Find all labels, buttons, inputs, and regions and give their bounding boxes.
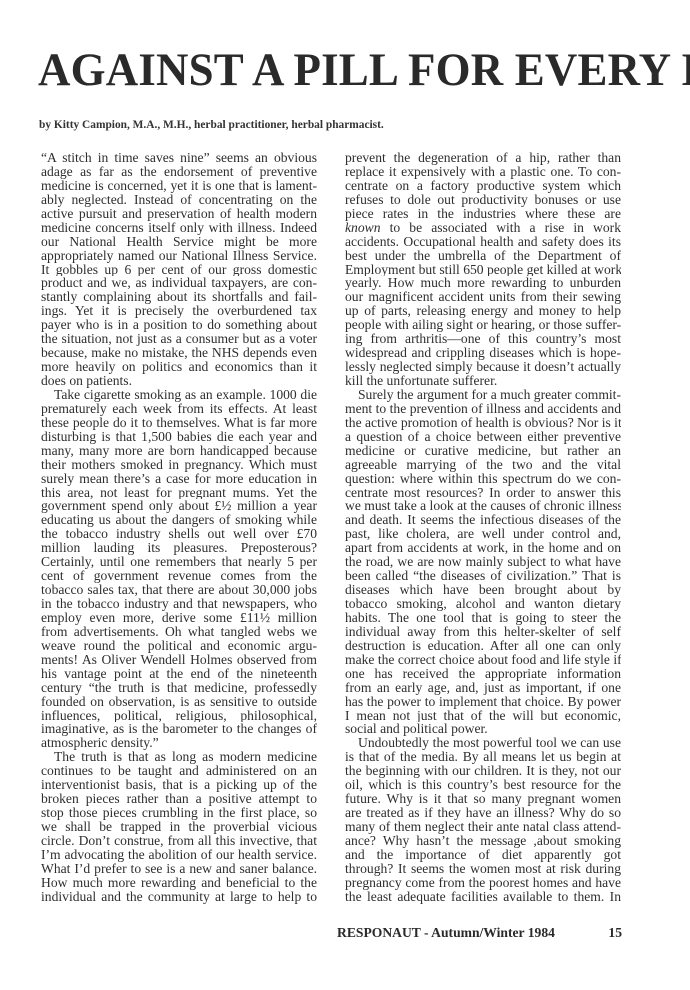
text-line: ings. Yet it is precisely the overburden…: [41, 304, 317, 318]
text-line: because, make no mistake, the NHS depend…: [41, 346, 317, 360]
text-line: widespread and crippling diseases which …: [345, 346, 621, 360]
text-line: educating us about the dangers of smokin…: [41, 513, 317, 527]
text-line: prematurely each week from its effects. …: [41, 402, 317, 416]
article-column-right: prevent the degeneration of a hip, rathe…: [345, 151, 621, 904]
text-line: their mothers smoked in pregnancy. Which…: [41, 458, 317, 472]
text-line: our National Health Service might be mor…: [41, 235, 317, 249]
text-line: Surely the argument for a much greater c…: [345, 388, 621, 402]
text-line: up of parts, releasing energy and money …: [345, 304, 621, 318]
text-line: many of them neglect their ante natal cl…: [345, 820, 621, 834]
article-byline: by Kitty Campion, M.A., M.H., herbal pra…: [39, 119, 384, 131]
text-line: stantly complaining about its shortfalls…: [41, 290, 317, 304]
text-line: tobacco sales tax, that there are about …: [41, 583, 317, 597]
text-line: future. Why is it that so many pregnant …: [345, 792, 621, 806]
text-line: It gobbles up 6 per cent of our gross do…: [41, 263, 317, 277]
text-line: cent of government revenue comes from th…: [41, 569, 317, 583]
text-line: more heavily on politics and economics t…: [41, 360, 317, 374]
text-line: habits. The one tool that is going to st…: [345, 611, 621, 625]
text-line: century “the truth is that medicine, pro…: [41, 681, 317, 695]
article-column-left: “A stitch in time saves nine” seems an o…: [41, 151, 317, 904]
text-line: The truth is that as long as modern medi…: [41, 750, 317, 764]
text-line: ance? Why hasn’t the message ,about smok…: [345, 834, 621, 848]
text-line: pregnancy come from the poorest homes an…: [345, 876, 621, 890]
text-line: accidents. Occupational health and safet…: [345, 235, 621, 249]
text-line: piece rates in the industries where thes…: [345, 207, 621, 221]
text-line: kill the unfortunate sufferer.: [345, 374, 621, 388]
text-line: agreeable marrying of the two and the vi…: [345, 458, 621, 472]
text-line: influences, political, religious, philos…: [41, 709, 317, 723]
text-line: best under the umbrella of the Departmen…: [345, 249, 621, 263]
text-line: continues to be taught and administered …: [41, 764, 317, 778]
text-line: interventionist basis, that is a picking…: [41, 778, 317, 792]
text-line: refuses to dole out productivity bonuses…: [345, 193, 621, 207]
text-line: medicine is concerned, yet it is one tha…: [41, 179, 317, 193]
text-line: this area, not least for pregnant mums. …: [41, 486, 317, 500]
text-line: product and we, as individual taxpayers,…: [41, 276, 317, 290]
text-line: atmospheric density.”: [41, 736, 317, 750]
text-fragment: to be associated with a rise in work: [381, 221, 622, 235]
text-line: prevent the degeneration of a hip, rathe…: [345, 151, 621, 165]
text-line: replace it expensively with a plastic on…: [345, 165, 621, 179]
text-line: broken pieces rather than a positive att…: [41, 792, 317, 806]
text-line: his vantage point at the end of the nine…: [41, 667, 317, 681]
text-line: one has received the appropriate informa…: [345, 667, 621, 681]
text-line: does on patients.: [41, 374, 317, 388]
text-line: has the power to implement that choice. …: [345, 695, 621, 709]
text-line: founded on observation, is as sensitive …: [41, 695, 317, 709]
text-line: ing from arthritis—one of this country’s…: [345, 332, 621, 346]
text-line: from an early age, and, just as importan…: [345, 681, 621, 695]
text-line: stop those pieces crumbling in the first…: [41, 806, 317, 820]
text-line: weave round the political and economic a…: [41, 639, 317, 653]
text-line: What I’d prefer to see is a new and sane…: [41, 862, 317, 876]
text-line: I mean not just that of the will but eco…: [345, 709, 621, 723]
text-line: medicine or curative medicine, but rathe…: [345, 444, 621, 458]
text-line: are treated as if they have an illness? …: [345, 806, 621, 820]
page-footer: RESPONAUT - Autumn/Winter 1984 15: [337, 925, 622, 941]
text-line: employ even more, derive some £11½ milli…: [41, 611, 317, 625]
text-line: social and political power.: [345, 722, 621, 736]
text-line: we must take a look at the causes of chr…: [345, 499, 621, 513]
text-line: surely mean there’s a case for more educ…: [41, 472, 317, 486]
text-line: the beginning with our children. It is t…: [345, 764, 621, 778]
text-line: we shall be trapped in the proverbial vi…: [41, 820, 317, 834]
text-line: payer who is in a position to do somethi…: [41, 318, 317, 332]
text-line: destruction is education. After all one …: [345, 639, 621, 653]
text-line: circle. Don’t construe, from all this in…: [41, 834, 317, 848]
text-line: is that of the media. By all means let u…: [345, 750, 621, 764]
text-line: active pursuit and preservation of healt…: [41, 207, 317, 221]
text-line: in the tobacco industry and that newspap…: [41, 597, 317, 611]
text-line: the situation, not just as a consumer bu…: [41, 332, 317, 346]
text-line: yearly. How much more rewarding to unbur…: [345, 276, 621, 290]
text-line: oil, which is this country’s best resour…: [345, 778, 621, 792]
text-line: known to be associated with a rise in wo…: [345, 221, 621, 235]
text-line: individual and the community at large to…: [41, 890, 317, 904]
page-number: 15: [608, 925, 622, 941]
text-line: How much more rewarding and beneficial t…: [41, 876, 317, 890]
text-line: many, many more are born handicapped bec…: [41, 444, 317, 458]
text-line: individual away from this helter-skelter…: [345, 625, 621, 639]
text-line: our magnificent accident units from thei…: [345, 290, 621, 304]
text-line: government spend only about £½ million a…: [41, 499, 317, 513]
text-line: “A stitch in time saves nine” seems an o…: [41, 151, 317, 165]
text-line: centrate most resources? In order to ans…: [345, 486, 621, 500]
text-line: tobacco smoking, alcohol and wanton diet…: [345, 597, 621, 611]
text-line: Employment but still 650 people get kill…: [345, 263, 621, 277]
text-line: these people do it to themselves. What i…: [41, 416, 317, 430]
text-line: a question of a choice between either pr…: [345, 430, 621, 444]
magazine-page: AGAINST A PILL FOR EVERY ILL by Kitty Ca…: [0, 0, 690, 990]
text-line: people with ailing sight or hearing, or …: [345, 318, 621, 332]
text-line: imaginative, as is the barometer to the …: [41, 722, 317, 736]
text-line: past, like cholera, are well under contr…: [345, 527, 621, 541]
text-line: centrate on a factory productive system …: [345, 179, 621, 193]
publication-issue: RESPONAUT - Autumn/Winter 1984: [337, 925, 555, 941]
text-line: question: where within this spectrum do …: [345, 472, 621, 486]
text-line: adage as far as the endorsement of preve…: [41, 165, 317, 179]
text-line: ably neglected. Instead of concentrating…: [41, 193, 317, 207]
emphasis-text: known: [345, 221, 381, 235]
text-line: medicine concerns itself only with illne…: [41, 221, 317, 235]
text-line: and death. It seems the infectious disea…: [345, 513, 621, 527]
text-line: Take cigarette smoking as an example. 10…: [41, 388, 317, 402]
text-line: apart from accidents at work, in the hom…: [345, 541, 621, 555]
text-line: the tobacco industry shells out well ove…: [41, 527, 317, 541]
text-line: Undoubtedly the most powerful tool we ca…: [345, 736, 621, 750]
text-line: through? It seems the women most at risk…: [345, 862, 621, 876]
text-line: the road, we are now mainly subject to w…: [345, 555, 621, 569]
text-line: the active promotion of health is obviou…: [345, 416, 621, 430]
text-line: appropriately named our National Illness…: [41, 249, 317, 263]
text-line: from advertisements. Oh what tangled web…: [41, 625, 317, 639]
text-line: Certainly, until one remembers that near…: [41, 555, 317, 569]
text-line: million lauding its pleasures. Preposter…: [41, 541, 317, 555]
text-line: the least adequate facilities available …: [345, 890, 621, 904]
text-line: ment to the prevention of illness and ac…: [345, 402, 621, 416]
article-title: AGAINST A PILL FOR EVERY ILL: [38, 44, 630, 96]
text-line: diseases which have been brought about b…: [345, 583, 621, 597]
text-line: disturbing is that 1,500 babies die each…: [41, 430, 317, 444]
text-line: been called “the diseases of civilizatio…: [345, 569, 621, 583]
text-line: make the correct choice about food and l…: [345, 653, 621, 667]
text-line: and the importance of diet apparently go…: [345, 848, 621, 862]
text-line: lessly neglected simply because it doesn…: [345, 360, 621, 374]
text-line: I’m advocating the abolition of our heal…: [41, 848, 317, 862]
text-line: ments! As Oliver Wendell Holmes observed…: [41, 653, 317, 667]
